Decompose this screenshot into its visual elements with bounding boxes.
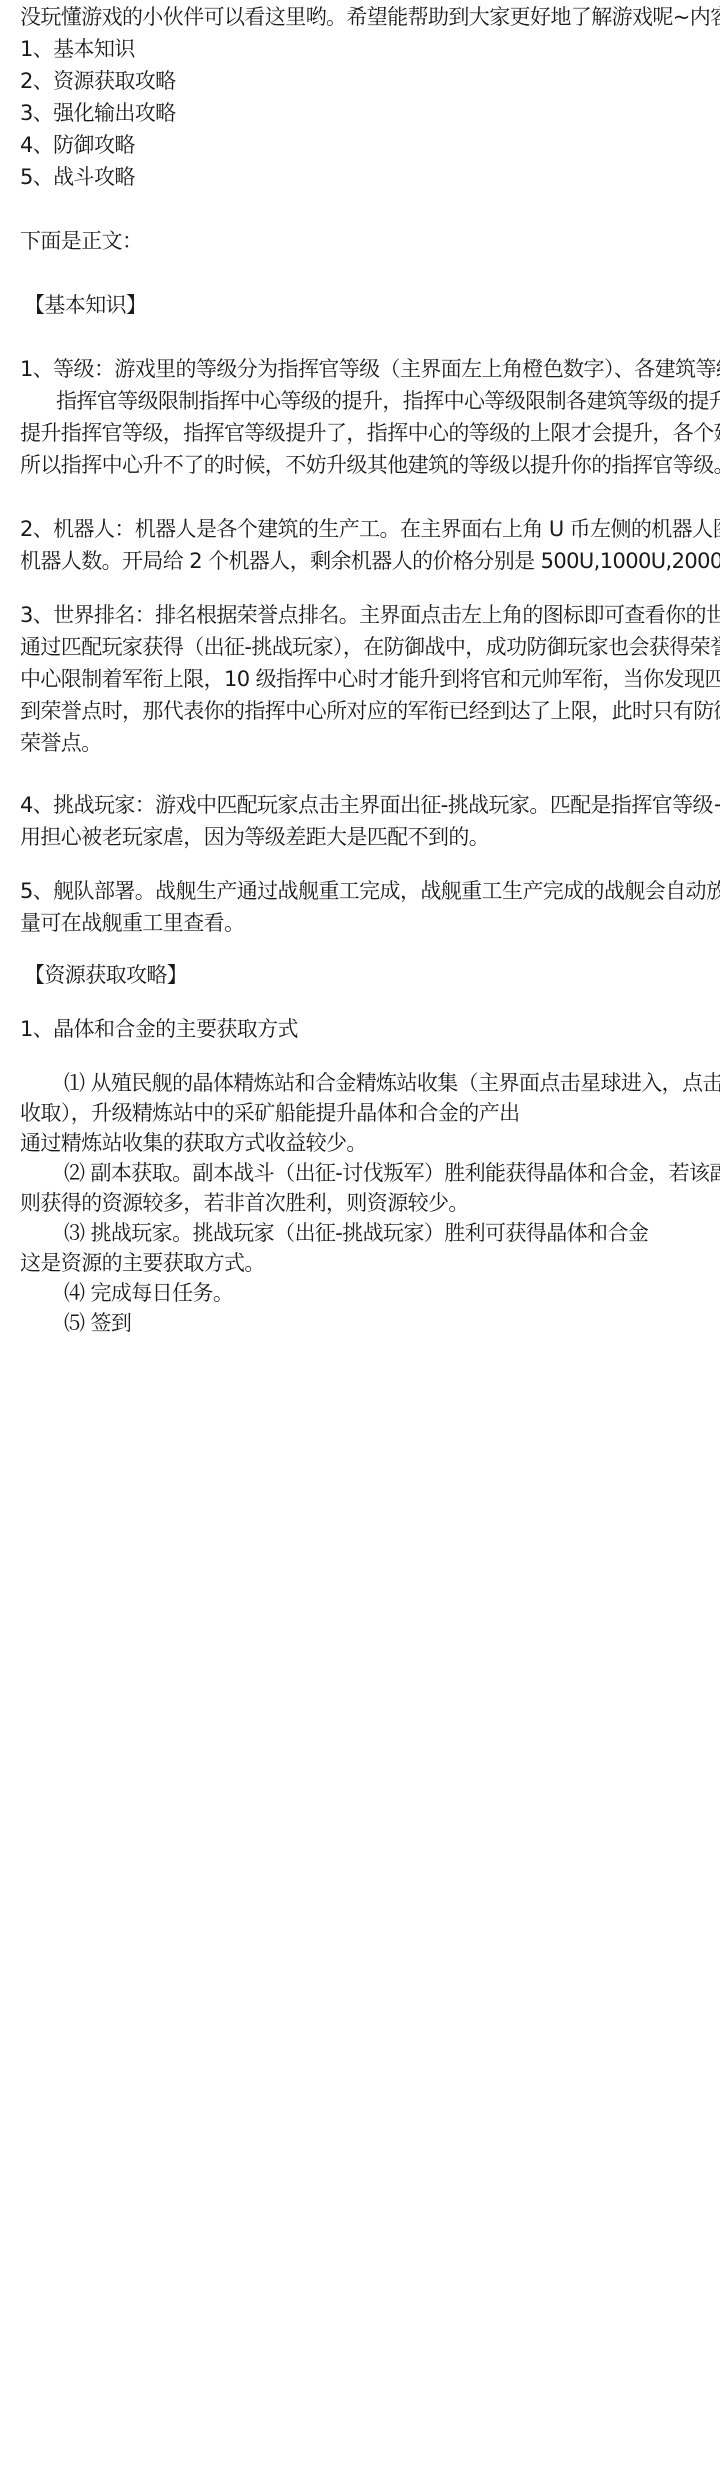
paragraph-line: 2、机器人：机器人是各个建筑的生产工。在主界面右上角 U 币左侧的机器人图案可以…: [20, 514, 720, 544]
paragraph-line: 这是资源的主要获取方式。: [20, 1248, 265, 1278]
toc-item: 3、强化输出攻略: [20, 98, 176, 128]
paragraph-line: 指挥官等级限制指挥中心等级的提升，指挥中心等级限制各建筑等级的提升。升级建筑能: [56, 386, 720, 416]
paragraph-line: ⑴ 从殖民舰的晶体精炼站和合金精炼站收集（主界面点击星球进入，点击“收集资源”可: [64, 1068, 720, 1098]
toc-item: 2、资源获取攻略: [20, 66, 176, 96]
toc-item: 5、战斗攻略: [20, 162, 135, 192]
paragraph-line: 所以指挥中心升不了的时候，不妨升级其他建筑的等级以提升你的指挥官等级。: [20, 450, 720, 480]
toc-item: 1、基本知识: [20, 34, 135, 64]
paragraph-line: 用担心被老玩家虐，因为等级差距大是匹配不到的。: [20, 822, 489, 852]
paragraph-line: 机器人数。开局给 2 个机器人，剩余机器人的价格分别是 500U,1000U,2…: [20, 546, 720, 576]
paragraph-line: 1、等级：游戏里的等级分为指挥官等级（主界面左上角橙色数字）、各建筑等级、军衔等…: [20, 354, 720, 384]
paragraph-line: 收取），升级精炼站中的采矿船能提升晶体和合金的产出: [20, 1098, 520, 1128]
paragraph-line: ⑸ 签到: [64, 1308, 131, 1338]
paragraph-line: 中心限制着军衔上限，10 级指挥中心时才能升到将官和元帅军衔，当你发现匹配玩家胜…: [20, 664, 720, 694]
paragraph-line: 到荣誉点时，那代表你的指挥中心所对应的军衔已经到达了上限，此时只有防御成功才会得…: [20, 696, 720, 726]
paragraph-line: 量可在战舰重工里查看。: [20, 908, 244, 938]
section-heading-resources: 【资源获取攻略】: [24, 960, 187, 990]
paragraph-line: 荣誉点。: [20, 728, 102, 758]
paragraph-line: 通过精炼站收集的获取方式收益较少。: [20, 1128, 367, 1158]
paragraph-line: ⑵ 副本获取。副本战斗（出征-讨伐叛军）胜利能获得晶体和合金，若该副本首次打赢，: [64, 1158, 720, 1188]
paragraph-line: 提升指挥官等级，指挥官等级提升了，指挥中心的等级的上限才会提升，各个建筑的等级提…: [20, 418, 720, 448]
subsection-title: 1、晶体和合金的主要获取方式: [20, 1014, 298, 1044]
main-text-label: 下面是正文：: [20, 226, 142, 256]
paragraph-line: 4、挑战玩家：游戏中匹配玩家点击主界面出征-挑战玩家。匹配是指挥官等级+6 到-…: [20, 790, 720, 820]
section-heading-basic: 【基本知识】: [24, 290, 146, 320]
paragraph-line: ⑷ 完成每日任务。: [64, 1278, 233, 1308]
paragraph-line: ⑶ 挑战玩家。挑战玩家（出征-挑战玩家）胜利可获得晶体和合金: [64, 1218, 648, 1248]
paragraph-line: 则获得的资源较多，若非首次胜利，则资源较少。: [20, 1188, 469, 1218]
paragraph-line: 通过匹配玩家获得（出征-挑战玩家），在防御战中，成功防御玩家也会获得荣誉点。注意…: [20, 632, 720, 662]
paragraph-line: 3、世界排名：排名根据荣誉点排名。主界面点击左上角的图标即可查看你的世界排名。荣…: [20, 600, 720, 630]
paragraph-line: 5、舰队部署。战舰生产通过战舰重工完成，战舰重工生产完成的战舰会自动放入空间机库…: [20, 876, 720, 906]
intro-text: 没玩懂游戏的小伙伴可以看这里哟。希望能帮助到大家更好地了解游戏呢~内容主要分为：: [20, 2, 720, 32]
toc-item: 4、防御攻略: [20, 130, 135, 160]
